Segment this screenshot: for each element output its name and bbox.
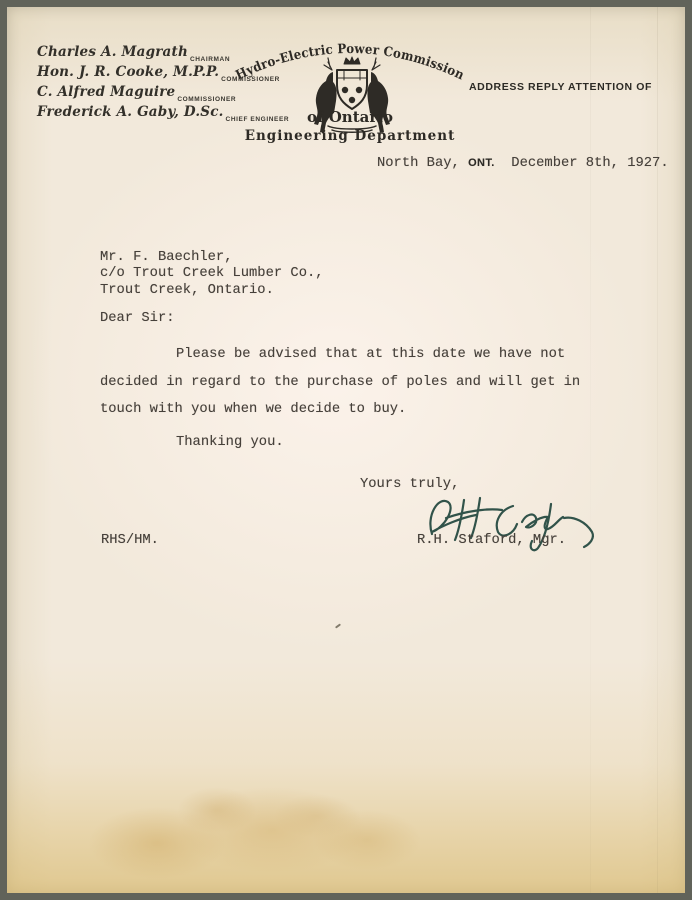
department-name: Engineering Department xyxy=(245,128,456,144)
ink-speck xyxy=(335,623,341,628)
signed-name: R.H. Staford, Mgr. xyxy=(417,533,566,548)
commissioner-name: Hon. J. R. Cooke, M.P.P. xyxy=(37,64,219,80)
bottom-stain xyxy=(7,658,685,893)
body-line: Please be advised that at this date we h… xyxy=(100,341,600,369)
letter-scan: Charles A. MagrathCHAIRMAN Hon. J. R. Co… xyxy=(0,0,692,900)
reference-initials: RHS/HM. xyxy=(101,533,159,548)
dateline-place: North Bay, xyxy=(377,156,460,171)
recipient-line: Trout Creek, Ontario. xyxy=(100,283,324,299)
letterhead-crest: Hydro-Electric Power Commission xyxy=(220,22,480,154)
recipient-line: c/o Trout Creek Lumber Co., xyxy=(100,266,324,282)
reply-notice: ADDRESS REPLY ATTENTION OF xyxy=(469,81,652,93)
fold-crease xyxy=(657,7,658,893)
recipient-address: Mr. F. Baechler, c/o Trout Creek Lumber … xyxy=(100,250,324,299)
body-line: touch with you when we decide to buy. xyxy=(100,396,600,424)
commissioner-name: Charles A. Magrath xyxy=(37,44,188,60)
letter-body: Please be advised that at this date we h… xyxy=(100,341,600,456)
commissioner-name: C. Alfred Maguire xyxy=(37,84,175,100)
commissioner-name: Frederick A. Gaby, D.Sc. xyxy=(37,104,224,120)
body-thanking-line: Thanking you. xyxy=(100,429,600,457)
salutation: Dear Sir: xyxy=(100,311,175,326)
recipient-line: Mr. F. Baechler, xyxy=(100,250,324,266)
letter-paper: Charles A. MagrathCHAIRMAN Hon. J. R. Co… xyxy=(7,7,685,893)
dateline-province: ONT. xyxy=(468,157,495,169)
organization-suffix: of Ontario xyxy=(307,108,393,126)
dateline-date: December 8th, 1927. xyxy=(511,156,668,171)
dateline: North Bay, ONT. December 8th, 1927. xyxy=(377,156,669,171)
body-line: decided in regard to the purchase of pol… xyxy=(100,369,600,397)
